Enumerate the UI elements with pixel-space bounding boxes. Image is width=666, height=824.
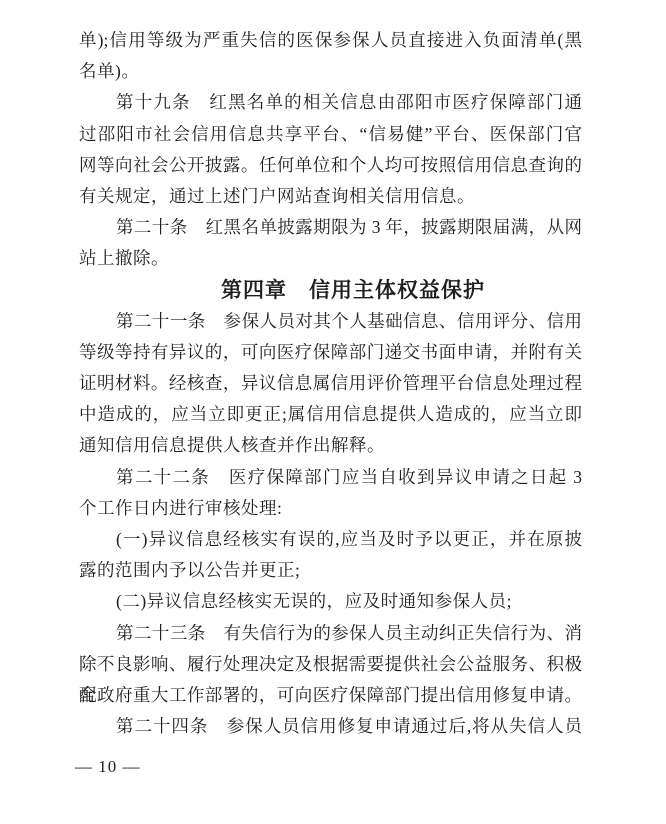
body-text-line: 通知信用信息提供人核查并作出解释。 (79, 430, 582, 461)
body-text-line: 第二十二条 医疗保障部门应当自收到异议申请之日起 3 (79, 462, 582, 493)
body-text-line: 个工作日内进行审核处理: (79, 493, 582, 524)
body-text-line: 等级等持有异议的，可向医疗保障部门递交书面申请，并附有关 (79, 337, 582, 368)
chapter-heading: 第四章 信用主体权益保护 (79, 275, 582, 306)
body-text-line: 第二十四条 参保人员信用修复申请通过后,将从失信人员 (79, 711, 582, 742)
body-text-line: 网等向社会公开披露。任何单位和个人均可按照信用信息查询的 (79, 150, 582, 181)
body-text-line: 名单)。 (79, 56, 582, 87)
body-text-line: 合政府重大工作部署的，可向医疗保障部门提出信用修复申请。 (79, 680, 582, 711)
body-text-line: 证明材料。经核查，异议信息属信用评价管理平台信息处理过程 (79, 368, 582, 399)
body-text-line: 中造成的，应当立即更正;属信用信息提供人造成的，应当立即 (79, 399, 582, 430)
body-text-line: 站上撤除。 (79, 243, 582, 274)
body-text-line: (二)异议信息经核实无误的，应及时通知参保人员; (79, 586, 582, 617)
document-page: 单);信用等级为严重失信的医保参保人员直接进入负面清单(黑名单)。第十九条 红黑… (0, 0, 666, 824)
body-text-line: 第二十一条 参保人员对其个人基础信息、信用评分、信用 (79, 306, 582, 337)
page-number: — 10 — (75, 755, 141, 779)
body-text-line: 第二十条 红黑名单披露期限为 3 年，披露期限届满，从网 (79, 212, 582, 243)
body-text-line: 露的范围内予以公告并更正; (79, 555, 582, 586)
body-text-line: 有关规定，通过上述门户网站查询相关信用信息。 (79, 181, 582, 212)
body-text-line: 过邵阳市社会信用信息共享平台、“信易健”平台、医保部门官 (79, 119, 582, 150)
body-text-line: 除不良影响、履行处理决定及根据需要提供社会公益服务、积极配 (79, 649, 582, 680)
body-text-line: 单);信用等级为严重失信的医保参保人员直接进入负面清单(黑 (79, 25, 582, 56)
body-text-line: 第十九条 红黑名单的相关信息由邵阳市医疗保障部门通 (79, 87, 582, 118)
document-text-block: 单);信用等级为严重失信的医保参保人员直接进入负面清单(黑名单)。第十九条 红黑… (79, 25, 582, 742)
body-text-line: 第二十三条 有失信行为的参保人员主动纠正失信行为、消 (79, 618, 582, 649)
body-text-line: (一)异议信息经核实有误的,应当及时予以更正，并在原披 (79, 524, 582, 555)
